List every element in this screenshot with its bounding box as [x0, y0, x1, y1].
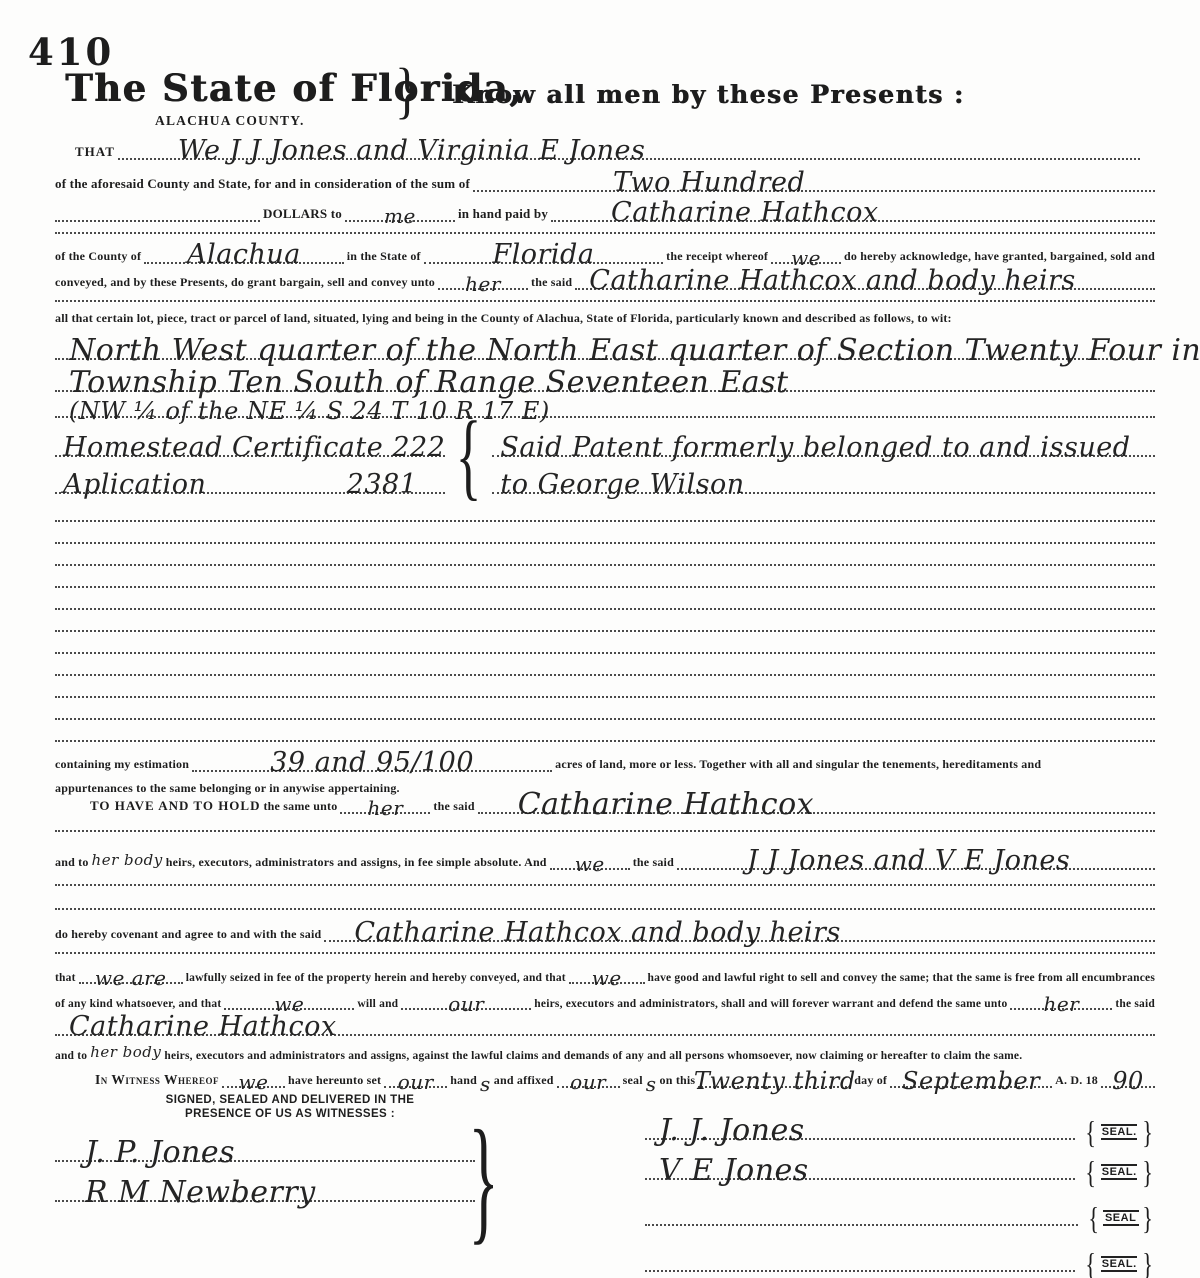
- county-subtitle: ALACHUA COUNTY.: [155, 113, 305, 129]
- dayof-label: day of: [854, 1073, 887, 1088]
- grantor-signature-fill-2: V E Jones: [645, 1172, 1075, 1180]
- brace-icon: }: [1142, 1116, 1153, 1148]
- consideration-line: of the aforesaid County and State, for a…: [55, 166, 1155, 192]
- dollars-line: DOLLARS to me in hand paid by Catharine …: [55, 196, 1155, 222]
- seal-label: SEAL.: [1100, 1166, 1139, 1178]
- month-fill: September: [890, 1080, 1052, 1088]
- that-label: THAT: [75, 144, 115, 160]
- covenant-line: do hereby covenant and agree to and with…: [55, 912, 1155, 942]
- testimonium-line: In Witness Whereof we have hereunto set …: [95, 1058, 1155, 1088]
- ruled-line: [55, 300, 1155, 302]
- homestead-handwriting: Homestead Certificate 222: [63, 437, 445, 460]
- feesimple-line: and to her body heirs, executors, admini…: [55, 842, 1155, 870]
- tohave-unto-fill: her: [340, 806, 430, 814]
- brace-icon: }: [1142, 1202, 1153, 1234]
- right-label: have good and lawful right to sell and c…: [648, 972, 1155, 984]
- hand-s-handwriting: s: [480, 1076, 491, 1093]
- signature-section: SIGNED, SEALED AND DELIVERED IN THE PRES…: [55, 1092, 1155, 1278]
- covenant-label: do hereby covenant and agree to and with…: [55, 927, 321, 942]
- brace-icon: }: [1142, 1248, 1153, 1278]
- affixed-label: and affixed: [494, 1073, 554, 1088]
- ruled-line: [55, 720, 1155, 742]
- ruled-line: [55, 908, 1155, 910]
- homestead-right-column: Said Patent formerly belonged to and iss…: [492, 420, 1155, 494]
- seal-rule: [1101, 1138, 1137, 1140]
- sameunto-label: the same unto: [263, 799, 337, 814]
- payer-line: Catharine Hathcox: [551, 214, 1155, 222]
- we-fill-4: we: [222, 1080, 285, 1088]
- acres-fill: 39 and 95/100: [192, 764, 552, 772]
- dollars-label: DOLLARS to: [263, 206, 342, 222]
- tohave-label: TO HAVE AND TO HOLD: [90, 798, 260, 814]
- ruled-line: [55, 884, 1155, 886]
- we-handwriting: we: [575, 856, 605, 873]
- seal-rule: [1103, 1224, 1139, 1226]
- andto-label-2: and to: [55, 1050, 87, 1062]
- county-fill: Alachua: [144, 256, 344, 264]
- ruled-line: [55, 588, 1155, 610]
- witness-signature-2: R M Newberry: [85, 1180, 316, 1206]
- county-state-line: of the County of Alachua in the State of…: [55, 238, 1155, 264]
- description-line-2: Township Ten South of Range Seventeen Ea…: [55, 358, 1155, 392]
- acres-handwriting: 39 and 95/100: [270, 752, 474, 775]
- blank-leader: [55, 214, 260, 222]
- seal-rule: [1101, 1178, 1137, 1180]
- unto-fill: her: [438, 282, 528, 290]
- brace-icon: {: [1086, 1248, 1097, 1278]
- tohave-unto-handwriting: her: [368, 800, 404, 817]
- homestead-certificate-line: Homestead Certificate 222: [55, 420, 445, 457]
- ruled-line: [55, 500, 1155, 522]
- acreage-line: containing my estimation 39 and 95/100 a…: [55, 746, 1155, 772]
- know-all-men-title: Know all men by these Presents :: [452, 80, 965, 109]
- heirs-label: heirs, executors, administrators and ass…: [166, 855, 547, 870]
- grantor-signature-fill-1: J. J. Jones: [645, 1132, 1075, 1140]
- month-handwriting: September: [902, 1071, 1040, 1091]
- witness-title-2: PRESENCE OF US AS WITNESSES :: [110, 1108, 470, 1120]
- witness-signature-1: J. P. Jones: [85, 1140, 235, 1166]
- blank-signature-fill-3: [645, 1218, 1078, 1226]
- covenantee-fill: Catharine Hathcox and body heirs: [324, 934, 1155, 942]
- description-fill-3: (NW ¼ of the NE ¼ S 24 T 10 R 17 E): [55, 410, 1155, 418]
- tohave-grantee-handwriting: Catharine Hathcox: [518, 792, 814, 818]
- blank-ruled-lines: [55, 500, 1155, 742]
- grantors-fill: J J Jones and V E Jones: [677, 862, 1155, 870]
- ruled-line: [55, 522, 1155, 544]
- seal-label: SEAL.: [1100, 1126, 1139, 1138]
- the-said-label: the said: [433, 799, 474, 814]
- brace-icon: }: [1142, 1156, 1153, 1188]
- patent-note-line-1: Said Patent formerly belonged to and iss…: [492, 420, 1155, 457]
- blank-signature-line-3: { SEAL }: [645, 1192, 1155, 1226]
- receipt-label: the receipt whereof: [666, 249, 768, 264]
- conveyed-line: conveyed, and by these Presents, do gran…: [55, 264, 1155, 290]
- grantor-line: THAT We J J Jones and Virginia E Jones: [75, 134, 1140, 160]
- sum-line: Two Hundred: [473, 184, 1155, 192]
- the-said-label: the said: [531, 275, 572, 290]
- witness-signature-line-1: J. P. Jones: [55, 1122, 475, 1162]
- grantor-signature-1: J. J. Jones: [659, 1118, 805, 1144]
- our-fill-2: our: [384, 1080, 447, 1088]
- state-fill: Florida: [424, 256, 663, 264]
- seal-badge: { SEAL. }: [1083, 1156, 1155, 1188]
- tohave-line: TO HAVE AND TO HOLD the same unto her th…: [90, 784, 1155, 814]
- ruled-line: [55, 566, 1155, 588]
- towit-line: all that certain lot, piece, tract or pa…: [55, 306, 1155, 326]
- acres-label: acres of land, more or less. Together wi…: [555, 757, 1041, 772]
- blank-signature-line-4: { SEAL. }: [645, 1238, 1155, 1272]
- we-handwriting-4: we: [239, 1074, 269, 1091]
- homestead-section: Homestead Certificate 222 Aplication 238…: [55, 420, 1155, 494]
- grantor-signature-line-2: V E Jones { SEAL. }: [645, 1146, 1155, 1180]
- county-of-label: of the County of: [55, 249, 141, 264]
- our-fill-3: our: [557, 1080, 620, 1088]
- seal-rule: [1101, 1270, 1137, 1272]
- warranty-line-1: that we are lawfully seized in fee of th…: [55, 958, 1155, 984]
- ruled-line: [55, 952, 1155, 954]
- inwitness-label: In Witness Whereof: [95, 1072, 219, 1088]
- year-fill: 90: [1101, 1080, 1155, 1088]
- dollars-to-handwriting: me: [384, 208, 416, 225]
- grantor-signature-line-1: J. J. Jones { SEAL. }: [645, 1106, 1155, 1140]
- herbody-handwriting: her body: [92, 854, 163, 867]
- brace-icon: }: [468, 1110, 498, 1250]
- brace-icon: {: [1086, 1156, 1097, 1188]
- the-said-label: the said: [633, 855, 674, 870]
- seal-badge: { SEAL }: [1086, 1202, 1155, 1234]
- ruled-line: [55, 676, 1155, 698]
- payer-handwriting: Catharine Hathcox: [611, 202, 879, 225]
- sum-handwriting: Two Hundred: [613, 172, 805, 195]
- grantor-signature-column: J. J. Jones { SEAL. } V E Jones { SEAL. …: [525, 1092, 1155, 1278]
- we-fill-2: we: [569, 976, 645, 984]
- warranty-grantee-fill: Catharine Hathcox: [55, 1028, 1155, 1036]
- ruled-line: [55, 610, 1155, 632]
- our-handwriting-2: our: [398, 1074, 434, 1091]
- grantor-names-handwriting: We J J Jones and Virginia E Jones: [178, 140, 645, 163]
- grantor-signature-2: V E Jones: [659, 1158, 809, 1184]
- receipt-fill: we: [771, 256, 841, 264]
- we-fill: we: [550, 862, 630, 870]
- tohave-grantee-fill: Catharine Hathcox: [478, 806, 1155, 814]
- dollars-to-line: me: [345, 214, 455, 222]
- patent-note-handwriting-2: to George Wilson: [500, 474, 744, 497]
- ruled-line: [55, 654, 1155, 676]
- witness-title-1: SIGNED, SEALED AND DELIVERED IN THE: [110, 1094, 470, 1106]
- grantee-handwriting: Catharine Hathcox and body heirs: [589, 270, 1075, 293]
- seal-label: SEAL.: [1100, 1258, 1139, 1270]
- brace-icon: {: [1086, 1116, 1097, 1148]
- warranty-grantee-line: Catharine Hathcox: [55, 1006, 1155, 1036]
- application-number-handwriting: 2381: [347, 474, 418, 497]
- set-label: have hereunto set: [288, 1073, 381, 1088]
- unto-handwriting: her: [465, 276, 501, 293]
- seal-label: SEAL: [1103, 1212, 1138, 1224]
- ruled-line: [55, 698, 1155, 720]
- andto-label: and to: [55, 855, 89, 870]
- document-page: 410 The State of Florida, } Know all men…: [0, 0, 1200, 1278]
- state-of-label: in the State of: [347, 249, 421, 264]
- description-line-1: North West quarter of the North East qua…: [55, 324, 1155, 360]
- onthis-label: on this: [660, 1073, 696, 1088]
- day-fill: Twenty third: [698, 1080, 851, 1088]
- paid-by-label: in hand paid by: [458, 206, 548, 222]
- blank-signature-fill-4: [645, 1264, 1075, 1272]
- grantee-fill: Catharine Hathcox and body heirs: [575, 282, 1155, 290]
- conveyed-label: conveyed, and by these Presents, do gran…: [55, 275, 435, 290]
- year-handwriting: 90: [1112, 1071, 1144, 1091]
- day-handwriting: Twenty third: [694, 1071, 856, 1091]
- weare-fill: we are: [79, 976, 183, 984]
- acknowledge-label: do hereby acknowledge, have granted, bar…: [844, 249, 1155, 264]
- patent-note-handwriting-1: Said Patent formerly belonged to and iss…: [500, 437, 1130, 460]
- grantors-handwriting: J J Jones and V E Jones: [747, 850, 1070, 873]
- application-handwriting: Aplication: [63, 474, 206, 497]
- ruled-line: [55, 632, 1155, 654]
- hand-label: hand: [450, 1073, 477, 1088]
- our-handwriting-3: our: [570, 1074, 606, 1091]
- seal-badge: { SEAL. }: [1083, 1116, 1155, 1148]
- ruled-line: [55, 544, 1155, 566]
- seal-s-handwriting: s: [646, 1076, 657, 1093]
- seal-badge: { SEAL. }: [1083, 1248, 1155, 1278]
- grantor-names-line: We J J Jones and Virginia E Jones: [118, 152, 1140, 160]
- that-label: that: [55, 972, 76, 984]
- seal-label: seal: [623, 1073, 643, 1088]
- brace-icon: {: [1089, 1202, 1100, 1234]
- brace-icon: }: [395, 60, 419, 122]
- homestead-left-column: Homestead Certificate 222 Aplication 238…: [55, 420, 445, 494]
- ruled-line: [55, 232, 1155, 234]
- ad-label: A. D. 18: [1055, 1073, 1098, 1088]
- ruled-line: [55, 830, 1155, 832]
- witness-column: SIGNED, SEALED AND DELIVERED IN THE PRES…: [55, 1092, 525, 1278]
- covenantee-handwriting: Catharine Hathcox and body heirs: [354, 922, 840, 945]
- brace-icon: {: [456, 420, 482, 494]
- seized-label: lawfully seized in fee of the property h…: [186, 972, 566, 984]
- description-line-3: (NW ¼ of the NE ¼ S 24 T 10 R 17 E): [55, 388, 1155, 418]
- consideration-label: of the aforesaid County and State, for a…: [55, 176, 470, 192]
- containing-label: containing my estimation: [55, 757, 189, 772]
